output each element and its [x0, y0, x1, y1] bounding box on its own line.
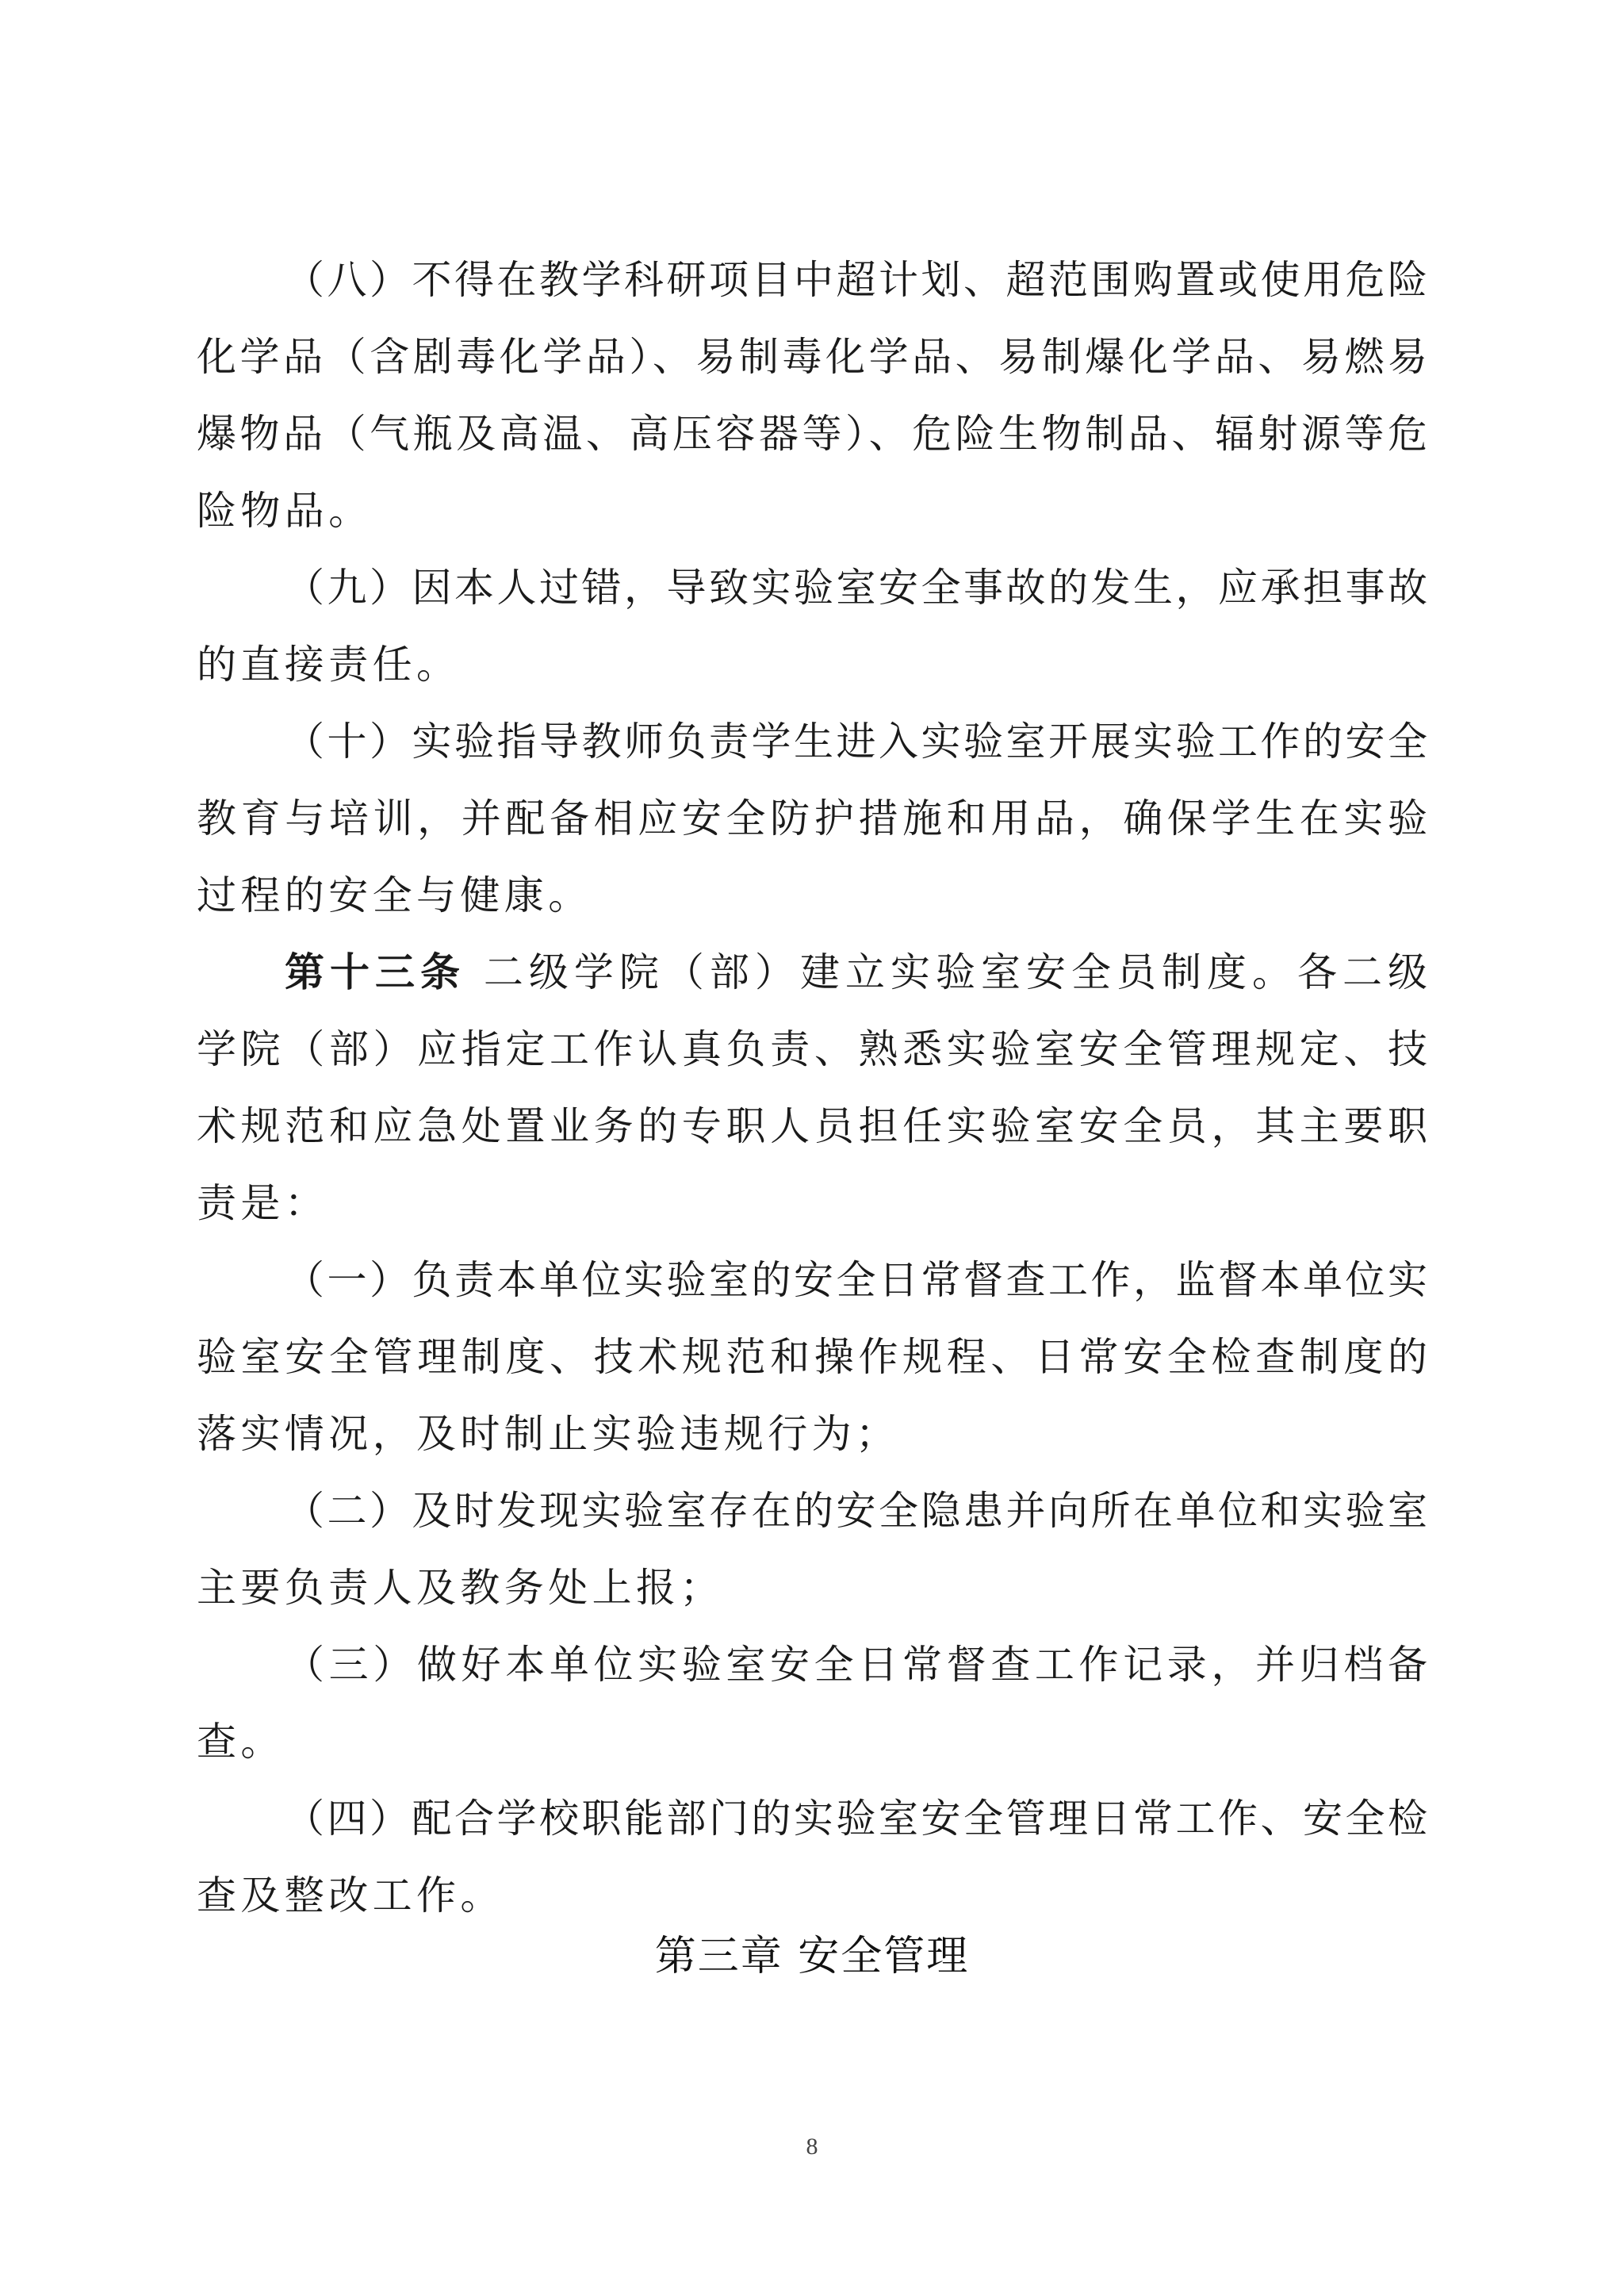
text-line: （八）不得在教学科研项目中超计划、超范围购置或使用危险	[285, 252, 1427, 308]
chapter-heading: 第三章 安全管理	[0, 1929, 1624, 1984]
text-line: （一）负责本单位实验室的安全日常督查工作，监督本单位实	[285, 1252, 1427, 1308]
article-text: 二级学院（部）建立实验室安全员制度。各二级	[465, 949, 1427, 995]
article-label: 第十三条	[285, 949, 465, 995]
text-line: 化学品（含剧毒化学品）、易制毒化学品、易制爆化学品、易燃易	[197, 329, 1427, 385]
text-line: 爆物品（气瓶及高温、高压容器等）、危险生物制品、辐射源等危	[197, 406, 1427, 462]
text-line: 险物品。	[197, 483, 1427, 539]
text-line: 责是：	[197, 1175, 1427, 1231]
text-line: 落实情况，及时制止实验违规行为；	[197, 1406, 1427, 1462]
text-line: 查。	[197, 1714, 1427, 1769]
text-line: 教育与培训，并配备相应安全防护措施和用品，确保学生在实验	[197, 791, 1427, 846]
text-line: 主要负责人及教务处上报；	[197, 1560, 1427, 1616]
text-line: 的直接责任。	[197, 637, 1427, 692]
text-line: （二）及时发现实验室存在的安全隐患并向所在单位和实验室	[285, 1483, 1427, 1539]
text-line: 术规范和应急处置业务的专职人员担任实验室安全员，其主要职	[197, 1098, 1427, 1154]
text-line: 查及整改工作。	[197, 1868, 1427, 1923]
text-line: 第十三条 二级学院（部）建立实验室安全员制度。各二级	[285, 945, 1427, 1000]
text-line: （四）配合学校职能部门的实验室安全管理日常工作、安全检	[285, 1791, 1427, 1846]
page-number: 8	[0, 2133, 1624, 2160]
document-page: （八）不得在教学科研项目中超计划、超范围购置或使用危险 化学品（含剧毒化学品）、…	[0, 0, 1624, 2296]
text-line: 验室安全管理制度、技术规范和操作规程、日常安全检查制度的	[197, 1329, 1427, 1385]
text-line: （九）因本人过错，导致实验室安全事故的发生，应承担事故	[285, 560, 1427, 615]
text-line: 过程的安全与健康。	[197, 868, 1427, 923]
text-line: （三）做好本单位实验室安全日常督查工作记录，并归档备	[285, 1637, 1427, 1692]
text-line: （十）实验指导教师负责学生进入实验室开展实验工作的安全	[285, 714, 1427, 769]
text-line: 学院（部）应指定工作认真负责、熟悉实验室安全管理规定、技	[197, 1022, 1427, 1077]
